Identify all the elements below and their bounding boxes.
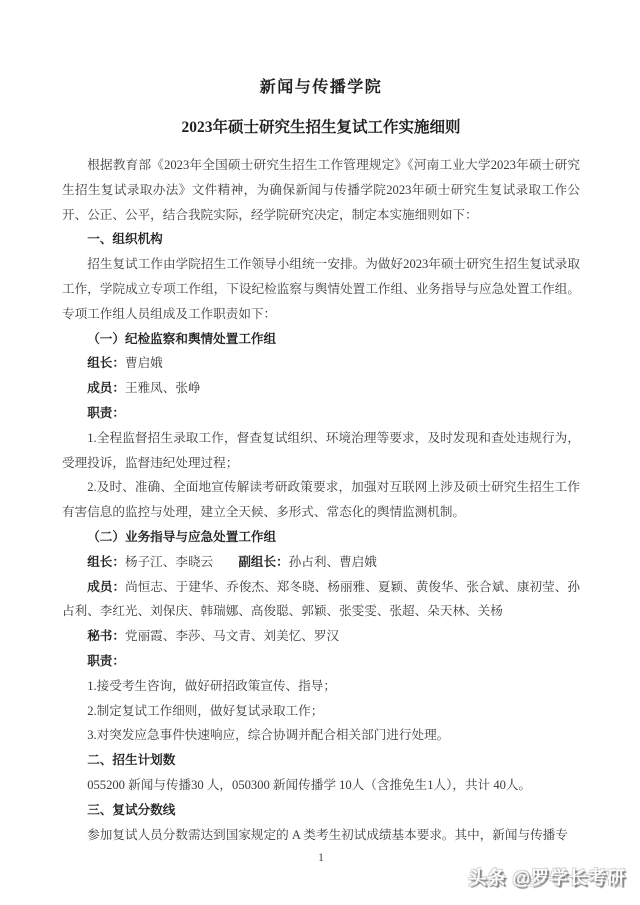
section-heading: 一、组织机构 [62, 227, 580, 252]
paragraph: 1.接受考生咨询，做好研招政策宣传、指导； [62, 674, 580, 699]
body-text [213, 555, 238, 569]
body-text: 孙占利、曹启娥 [289, 555, 377, 569]
paragraph: 职责： [62, 401, 580, 426]
paragraph: 2.及时、准确、全面地宣传解读考研政策要求，加强对互联网上涉及硕士研究生招生工作… [62, 475, 580, 525]
section-heading: 三、复试分数线 [62, 798, 580, 823]
paragraph: 职责： [62, 649, 580, 674]
label-text: 二、招生计划数 [87, 753, 175, 767]
body-text: 曹启娥 [125, 356, 163, 370]
body-text: 王雅凤、张峥 [125, 381, 201, 395]
label-text: 组长： [87, 555, 125, 569]
paragraph: 055200 新闻与传播30 人，050300 新闻传播学 10人（含推免生1人… [62, 773, 580, 798]
section-heading: 二、招生计划数 [62, 748, 580, 773]
body-text: 2.及时、准确、全面地宣传解读考研政策要求，加强对互联网上涉及硕士研究生招生工作… [62, 480, 580, 519]
paragraph: 2.制定复试工作细则，做好复试录取工作； [62, 699, 580, 724]
label-text: 秘书： [87, 629, 125, 643]
label-text: 成员： [87, 381, 125, 395]
document-subtitle: 2023年硕士研究生招生复试工作实施细则 [62, 117, 580, 138]
paragraph: 参加复试人员分数需达到国家规定的 A 类考生初试成绩基本要求。其中，新闻与传播专 [62, 823, 580, 848]
label-text: 职责： [87, 654, 125, 668]
body-text: 1.接受考生咨询，做好研招政策宣传、指导； [87, 679, 336, 693]
body-text: 根据教育部《2023年全国硕士研究生招生工作管理规定》《河南工业大学2023年硕… [62, 158, 580, 222]
label-text: 组长： [87, 356, 125, 370]
label-text: 副组长： [238, 555, 288, 569]
body-text: 招生复试工作由学院招生工作领导小组统一安排。为做好2023年硕士研究生招生复试录… [62, 257, 580, 321]
body-text: 杨子江、李晓云 [125, 555, 213, 569]
body-text: 055200 新闻与传播30 人，050300 新闻传播学 10人（含推免生1人… [87, 778, 531, 792]
watermark: 头条 @罗学长考研 [468, 864, 626, 890]
body-text: 党丽霞、李莎、马文青、刘美忆、罗汉 [125, 629, 339, 643]
document-body: 根据教育部《2023年全国硕士研究生招生工作管理规定》《河南工业大学2023年硕… [62, 153, 580, 847]
label-text: 三、复试分数线 [87, 803, 175, 817]
body-text: 参加复试人员分数需达到国家规定的 A 类考生初试成绩基本要求。其中，新闻与传播专 [87, 828, 568, 842]
paragraph: 根据教育部《2023年全国硕士研究生招生工作管理规定》《河南工业大学2023年硕… [62, 153, 580, 227]
paragraph: 成员：王雅凤、张峥 [62, 376, 580, 401]
label-text: （一）纪检监察和舆情处置工作组 [87, 332, 276, 346]
body-text: 2.制定复试工作细则，做好复试录取工作； [87, 704, 323, 718]
paragraph: 3.对突发应急事件快速响应，综合协调并配合相关部门进行处理。 [62, 723, 580, 748]
paragraph: 组长：杨子江、李晓云 副组长：孙占利、曹启娥 [62, 550, 580, 575]
body-text: 3.对突发应急事件快速响应，综合协调并配合相关部门进行处理。 [87, 728, 449, 742]
paragraph: 1.全程监督招生录取工作，督查复试组织、环境治理等要求，及时发现和查处违规行为，… [62, 426, 580, 476]
label-text: 一、组织机构 [87, 232, 163, 246]
label-text: 职责： [87, 406, 125, 420]
document-page: 新闻与传播学院 2023年硕士研究生招生复试工作实施细则 根据教育部《2023年… [0, 0, 640, 905]
body-text: 尚恒志、于建华、乔俊杰、郑冬晓、杨丽雅、夏颖、黄俊华、张合斌、康初莹、孙占利、李… [62, 580, 580, 619]
paragraph: 招生复试工作由学院招生工作领导小组统一安排。为做好2023年硕士研究生招生复试录… [62, 252, 580, 326]
body-text: 1.全程监督招生录取工作，督查复试组织、环境治理等要求，及时发现和查处违规行为，… [62, 431, 580, 470]
document-title: 新闻与传播学院 [62, 78, 580, 98]
paragraph: 组长：曹启娥 [62, 351, 580, 376]
section-heading: （二）业务指导与应急处置工作组 [62, 525, 580, 550]
label-text: （二）业务指导与应急处置工作组 [87, 530, 276, 544]
label-text: 成员： [87, 580, 125, 594]
section-heading: （一）纪检监察和舆情处置工作组 [62, 327, 580, 352]
paragraph: 成员：尚恒志、于建华、乔俊杰、郑冬晓、杨丽雅、夏颖、黄俊华、张合斌、康初莹、孙占… [62, 575, 580, 625]
paragraph: 秘书：党丽霞、李莎、马文青、刘美忆、罗汉 [62, 624, 580, 649]
